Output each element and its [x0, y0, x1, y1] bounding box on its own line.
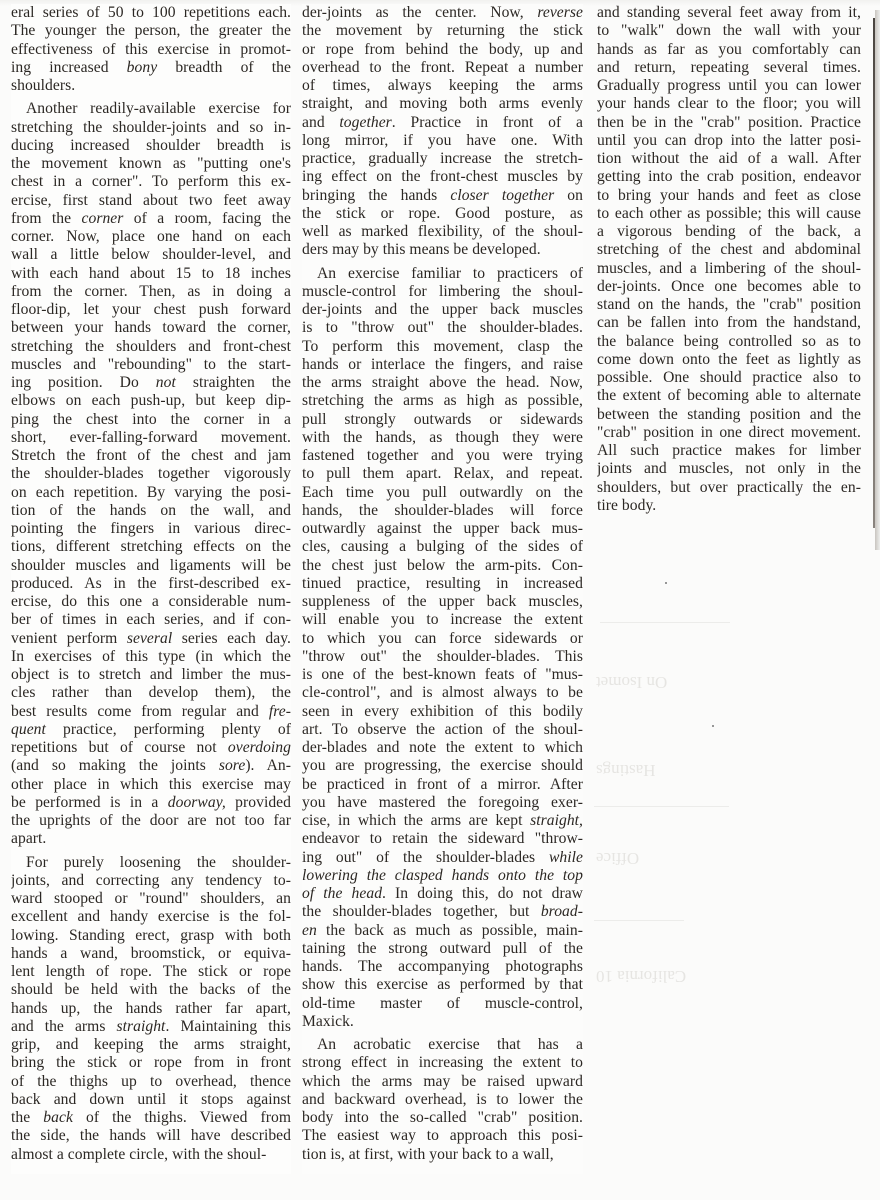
text-line: joints, and correcting any tendency to- — [11, 872, 291, 890]
text-line: to which you can force sidewards or — [302, 630, 583, 648]
italic-emphasis: closer together — [450, 187, 554, 204]
italic-emphasis: straight — [117, 1018, 166, 1035]
text-line: Stretch the front of the chest and jam — [11, 447, 291, 465]
text-line: well as marked flexibility, of the shoul… — [302, 223, 583, 241]
text-line: possible. One should practice also to — [597, 369, 861, 387]
text-line: back and down until it stops against — [11, 1091, 291, 1109]
text-line: (and so making the joints sore). An- — [11, 757, 291, 775]
text-line: be performed is in a doorway, provided — [11, 794, 291, 812]
text-line: effectiveness of this exercise in promot… — [11, 41, 291, 59]
text-line: "crab" position in one direct movement. — [597, 424, 861, 442]
text-line: fastened together and you were trying — [302, 447, 583, 465]
bleed-through-text: Hastings — [596, 760, 656, 780]
text-line: The younger the person, the greater the — [11, 22, 291, 40]
text-line: come down onto the feet as lightly as — [597, 351, 861, 369]
text-line: or rope from behind the body, up and — [302, 41, 583, 59]
italic-emphasis: while — [549, 849, 583, 866]
text-line: straight, and moving both arms evenly — [302, 95, 583, 113]
italic-emphasis: corner — [82, 210, 124, 227]
text-line: stretching the shoulder-joints and so in… — [11, 119, 291, 137]
italic-emphasis: back — [43, 1109, 73, 1126]
text-line: Each time you pull outwardly on the — [302, 484, 583, 502]
text-line: der-joints as the center. Now, reverse — [302, 4, 583, 22]
italic-emphasis: reverse — [537, 4, 583, 21]
text-line: to each other as possible; this will cau… — [597, 205, 861, 223]
text-line: All such practice makes for limber — [597, 442, 861, 460]
text-line: the movement by returning the stick — [302, 22, 583, 40]
italic-emphasis: en — [302, 922, 317, 939]
text-line: muscles and "rebounding" to the start- — [11, 356, 291, 374]
text-line: ping the chest into the corner in a — [11, 411, 291, 429]
text-line: and standing several feet away from it, — [597, 4, 861, 22]
text-line: on each repetition. By varying the posi- — [11, 484, 291, 502]
text-line: floor-dip, let your chest push forward — [11, 301, 291, 319]
text-line: elbows on each push-up, but keep dip- — [11, 392, 291, 410]
text-line: and the arms straight. Maintaining this — [11, 1018, 291, 1036]
text-line: stand on the hands, the "crab" position — [597, 296, 861, 314]
text-line: of the head. In doing this, do not draw — [302, 885, 583, 903]
text-line: hands up, the hands rather far apart, — [11, 1000, 291, 1018]
italic-emphasis: not — [156, 374, 176, 391]
text-line: ercise, first stand about two feet away — [11, 192, 291, 210]
italic-emphasis: quent — [11, 721, 46, 738]
text-line: muscles, and a limbering of the shoul- — [597, 260, 861, 278]
text-line: joints and muscles, not only in the — [597, 460, 861, 478]
text-line: to pull them apart. Relax, and repeat. — [302, 465, 583, 483]
text-line: art. To observe the action of the shoul- — [302, 721, 583, 739]
text-line: practice, gradually increase the stretch… — [302, 150, 583, 168]
bleed-through-rule — [600, 622, 730, 623]
bleed-through-rule — [594, 806, 729, 807]
italic-emphasis: overdoing — [228, 739, 291, 756]
text-line: lent length of rope. The stick or rope — [11, 963, 291, 981]
text-line: the side, the hands will have described — [11, 1127, 291, 1145]
text-line: overhead to the front. Repeat a number — [302, 59, 583, 77]
text-line: long mirror, if you have one. With — [302, 132, 583, 150]
text-line: ber of times in each series, and if con- — [11, 611, 291, 629]
text-column-1: eral series of 50 to 100 repetitions eac… — [11, 4, 291, 1174]
text-line: the balance being controlled so as to — [597, 333, 861, 351]
bleed-through-text: On Isomet — [596, 672, 667, 692]
text-line: excellent and handy exercise is the fol- — [11, 908, 291, 926]
text-line: ders may by this means be developed. — [302, 241, 583, 259]
text-line: An exercise familiar to practicers of — [302, 265, 583, 283]
text-line: ducing increased shoulder breadth is — [11, 137, 291, 155]
text-line: pointing the fingers in various direc- — [11, 520, 291, 538]
text-line: ing effect on the front-chest muscles by — [302, 168, 583, 186]
italic-emphasis: of the head — [302, 885, 382, 902]
text-line: ing position. Do not straighten the — [11, 374, 291, 392]
text-line: you have mastered the foregoing exer- — [302, 794, 583, 812]
bleed-through-rule — [594, 920, 684, 921]
text-line: and together. Practice in front of a — [302, 114, 583, 132]
text-line: the uprights of the door are not too far — [11, 812, 291, 830]
italic-emphasis: doorway, — [168, 794, 226, 811]
text-line: until you can drop into the latter posi- — [597, 132, 861, 150]
text-line: the arms straight above the head. Now, — [302, 374, 583, 392]
text-line: a vigorous bending of the back, a — [597, 223, 861, 241]
text-line: stretching the shoulders and front-chest — [11, 338, 291, 356]
text-line: hands, the shoulder-blades will force — [302, 502, 583, 520]
text-line: stretching the arms as high as possible, — [302, 392, 583, 410]
text-line: For purely loosening the shoulder- — [11, 854, 291, 872]
text-line: you are progressing, the exercise should — [302, 757, 583, 775]
text-line: between your hands toward the corner, — [11, 319, 291, 337]
bleed-through-text: Office — [596, 848, 639, 868]
text-line: muscle-control for limbering the shoul- — [302, 283, 583, 301]
paragraph: and standing several feet away from it,t… — [597, 4, 861, 515]
text-line: der-joints. Once one becomes able to — [597, 278, 861, 296]
text-line: can be fallen into from the handstand, — [597, 314, 861, 332]
text-line: der-joints and the upper back muscles — [302, 301, 583, 319]
text-line: other place in which this exercise may — [11, 776, 291, 794]
text-line: of times, always keeping the arms — [302, 77, 583, 95]
text-line: cles rather than develop them), the — [11, 684, 291, 702]
text-line: tire body. — [597, 497, 861, 515]
text-line: old-time master of muscle-control, — [302, 995, 583, 1013]
text-line: the shoulder-blades together, but broad- — [302, 903, 583, 921]
text-line: the chest just below the arm-pits. Con- — [302, 557, 583, 575]
text-line: the shoulder-blades together vigorously — [11, 465, 291, 483]
paragraph: der-joints as the center. Now, reverseth… — [302, 4, 583, 260]
text-line: getting into the crab position, endeavor — [597, 168, 861, 186]
italic-emphasis: broad- — [541, 903, 583, 920]
text-line: tions, different stretching effects on t… — [11, 538, 291, 556]
text-line: the back of the thighs. Viewed from — [11, 1109, 291, 1127]
text-line: short, ever-falling-forward movement. — [11, 429, 291, 447]
text-line: An acrobatic exercise that has a — [302, 1036, 583, 1054]
text-line: corner. Now, place one hand on each — [11, 228, 291, 246]
text-line: wall a little below shoulder-level, and — [11, 246, 291, 264]
text-line: cle-control", and is almost always to be — [302, 684, 583, 702]
text-line: hands. The accompanying photographs — [302, 958, 583, 976]
paragraph: An exercise familiar to practicers ofmus… — [302, 265, 583, 1032]
text-line: tion is, at first, with your back to a w… — [302, 1146, 583, 1164]
text-line: almost a complete circle, with the shoul… — [11, 1146, 291, 1164]
italic-emphasis: sore — [219, 757, 245, 774]
text-line: pull strongly outwards or sidewards — [302, 411, 583, 429]
bleed-through-text: California 10 — [596, 966, 686, 986]
text-line: which the arms may be raised upward — [302, 1073, 583, 1091]
italic-emphasis: lowering the clasped hands onto the top — [302, 867, 583, 884]
text-line: from the corner of a room, facing the — [11, 210, 291, 228]
text-line: apart. — [11, 830, 291, 848]
text-line: ing increased bony breadth of the — [11, 59, 291, 77]
text-line: with the hands, as though they were — [302, 429, 583, 447]
text-line: with each hand about 15 to 18 inches — [11, 265, 291, 283]
text-line: will enable you to increase the extent — [302, 611, 583, 629]
text-line: shoulders, but over practically the en- — [597, 479, 861, 497]
text-line: stretching of the chest and abdominal — [597, 241, 861, 259]
text-line: eral series of 50 to 100 repetitions eac… — [11, 4, 291, 22]
text-line: be practiced in front of a mirror. After — [302, 776, 583, 794]
text-line: to "walk" down the wall with your — [597, 22, 861, 40]
text-line: and return, repeating several times. — [597, 59, 861, 77]
text-line: ward stooped or "round" shoulders, an — [11, 890, 291, 908]
text-line: your hands clear to the floor; you will — [597, 95, 861, 113]
text-line: In exercises of this type (in which the — [11, 648, 291, 666]
text-line: hands or interlace the fingers, and rais… — [302, 356, 583, 374]
text-line: bringing the hands closer together on — [302, 187, 583, 205]
text-line: shoulders. — [11, 77, 291, 95]
text-line: the stick or rope. Good posture, as — [302, 205, 583, 223]
text-line: taining the strong outward pull of the — [302, 940, 583, 958]
text-line: suppleness of the upper back muscles, — [302, 593, 583, 611]
page-edge-shadow — [875, 10, 880, 550]
text-line: tinued practice, resulting in increased — [302, 575, 583, 593]
text-line: venient perform several series each day. — [11, 630, 291, 648]
italic-emphasis: bony — [127, 59, 158, 76]
text-line: seen in every exhibition of this bodily — [302, 703, 583, 721]
text-column-2: der-joints as the center. Now, reverseth… — [302, 4, 583, 1174]
text-line: show this exercise as performed by that — [302, 976, 583, 994]
paragraph: For purely loosening the shoulder-joints… — [11, 854, 291, 1164]
italic-emphasis: together — [339, 114, 391, 131]
text-line: of the thighs up to overhead, thence — [11, 1073, 291, 1091]
text-line: "throw out" the shoulder-blades. This — [302, 648, 583, 666]
text-line: Gradually progress until you can lower — [597, 77, 861, 95]
text-line: from the corner. Then, as in doing a — [11, 283, 291, 301]
text-line: The easiest way to approach this posi- — [302, 1127, 583, 1145]
text-line: body into the so-called "crab" position. — [302, 1109, 583, 1127]
italic-emphasis: straight, — [530, 812, 583, 829]
text-line: Another readily-available exercise for — [11, 100, 291, 118]
text-line: the extent of becoming able to alternate — [597, 387, 861, 405]
text-line: en the back as much as possible, main- — [302, 922, 583, 940]
paragraph: An acrobatic exercise that has astrong e… — [302, 1036, 583, 1164]
text-line: tion of the hands on the wall, and — [11, 502, 291, 520]
text-line: repetitions but of course not overdoing — [11, 739, 291, 757]
text-line: cise, in which the arms are kept straigh… — [302, 812, 583, 830]
scan-speck — [712, 725, 714, 727]
text-line: ercise, do this one a considerable num- — [11, 593, 291, 611]
text-line: outwardly against the upper back mus- — [302, 520, 583, 538]
text-line: is one of the best-known feats of "mus- — [302, 666, 583, 684]
text-line: to bring your hands and feet as close — [597, 187, 861, 205]
text-line: tion without the aid of a wall. After — [597, 150, 861, 168]
scan-speck — [665, 582, 667, 584]
text-line: hands as far as you comfortably can — [597, 41, 861, 59]
text-line: grip, and keeping the arms straight, — [11, 1036, 291, 1054]
text-line: between the standing position and the — [597, 406, 861, 424]
text-line: der-blades and note the extent to which — [302, 739, 583, 757]
text-line: the movement known as "putting one's — [11, 155, 291, 173]
paragraph: eral series of 50 to 100 repetitions eac… — [11, 4, 291, 95]
text-line: endeavor to retain the sideward "throw- — [302, 830, 583, 848]
text-line: is to "throw out" the shoulder-blades. — [302, 319, 583, 337]
text-line: then be in the "crab" position. Practice — [597, 114, 861, 132]
text-line: chest in a corner". To perform this ex- — [11, 173, 291, 191]
italic-emphasis: several — [127, 630, 172, 647]
paragraph: Another readily-available exercise forst… — [11, 100, 291, 848]
italic-emphasis: fre- — [269, 703, 291, 720]
text-line: ing out" of the shoulder-blades while — [302, 849, 583, 867]
text-line: cles, causing a bulging of the sides of — [302, 538, 583, 556]
text-line: To perform this movement, clasp the — [302, 338, 583, 356]
text-column-3: and standing several feet away from it,t… — [597, 4, 861, 515]
text-line: strong effect in increasing the extent t… — [302, 1054, 583, 1072]
text-line: lowing. Standing erect, grasp with both — [11, 927, 291, 945]
text-line: should be held with the backs of the — [11, 981, 291, 999]
text-line: shoulder muscles and ligaments will be — [11, 557, 291, 575]
text-line: lowering the clasped hands onto the top — [302, 867, 583, 885]
text-line: object is to stretch and limber the mus- — [11, 666, 291, 684]
text-line: Maxick. — [302, 1013, 583, 1031]
text-line: hands a wand, broomstick, or equiva- — [11, 945, 291, 963]
text-line: and backward overhead, is to lower the — [302, 1091, 583, 1109]
text-line: produced. As in the first-described ex- — [11, 575, 291, 593]
text-line: best results come from regular and fre- — [11, 703, 291, 721]
text-line: bring the stick or rope from in front — [11, 1054, 291, 1072]
text-line: quent practice, performing plenty of — [11, 721, 291, 739]
